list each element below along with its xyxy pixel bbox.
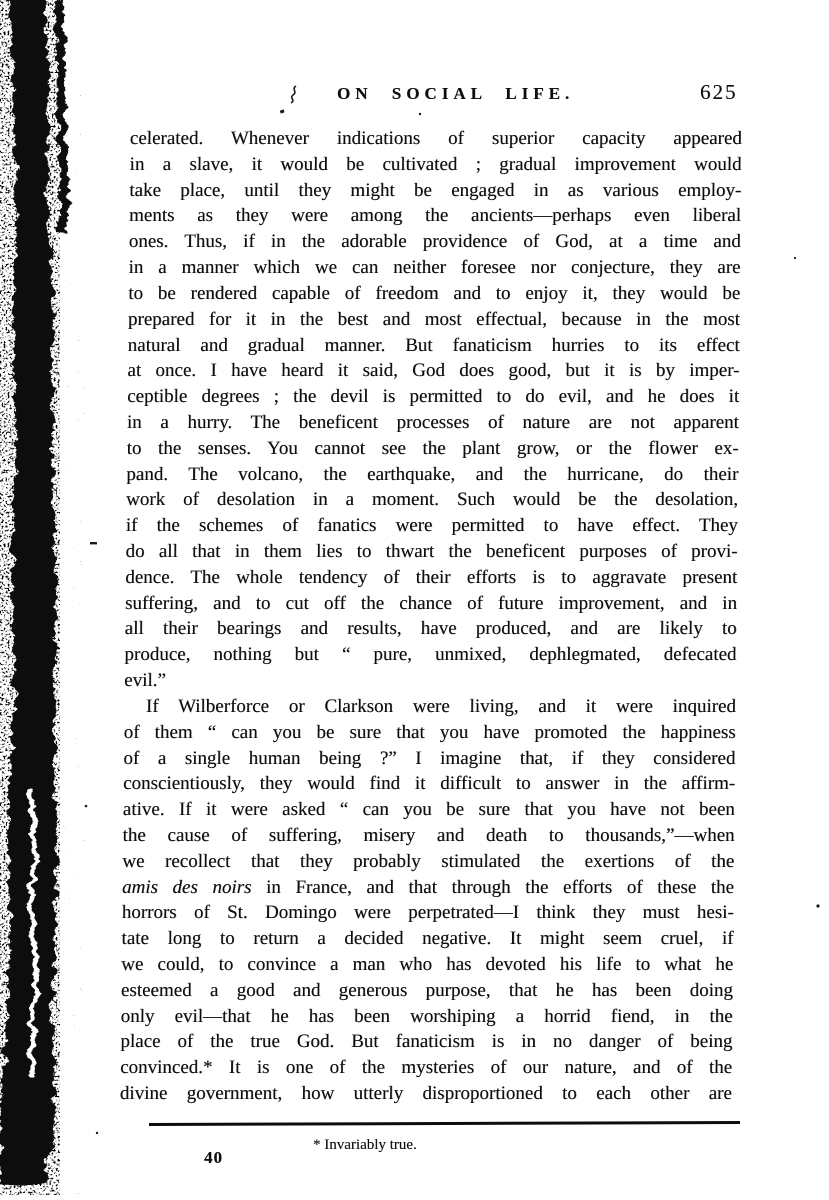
text-segment: If Wilberforce or Clarkson were living, …: [146, 696, 736, 717]
text-line: do all that in them lies to thwart the b…: [125, 539, 737, 565]
text-segment: if the schemes of fanatics were permitte…: [126, 515, 738, 536]
text-line: place of the true God. But fanaticism is…: [120, 1029, 732, 1055]
text-segment: place of the true God. But fanaticism is…: [120, 1031, 732, 1052]
text-line: all their bearings and results, have pro…: [125, 616, 737, 642]
text-line: in a slave, it would be cultivated ; gra…: [129, 152, 741, 178]
text-segment: in France, and that through the efforts …: [251, 877, 734, 898]
text-line: tate long to return a decided negative. …: [121, 926, 733, 952]
text-line: take place, until they might be engaged …: [129, 178, 741, 204]
signature-mark: 40: [204, 1148, 223, 1168]
gutter-speckle-sparse: [0, 0, 84, 1195]
gutter-top-streak: [59, 0, 65, 234]
text-line: to the senses. You cannot see the plant …: [126, 436, 738, 462]
footnote-text: * Invariably true.: [313, 1137, 417, 1154]
text-segment: in a hurry. The beneficent processes of …: [127, 412, 739, 433]
text-segment: ceptible degrees ; the devil is permitte…: [127, 386, 739, 407]
text-line: ones. Thus, if in the adorable providenc…: [129, 229, 741, 255]
text-line: evil.”: [124, 668, 736, 694]
text-segment: tate long to return a decided negative. …: [121, 928, 733, 949]
text-line: ceptible degrees ; the devil is permitte…: [127, 384, 739, 410]
text-line: suffering, and to cut off the chance of …: [125, 591, 737, 617]
text-segment: convinced.* It is one of the mysteries o…: [120, 1057, 732, 1078]
text-line: amis des noirs in France, and that throu…: [122, 875, 734, 901]
text-line: of a single human being ?” I imagine tha…: [123, 746, 735, 772]
text-line: celerated. Whenever indications of super…: [130, 126, 742, 152]
text-line: natural and gradual manner. But fanatici…: [128, 333, 740, 359]
text-line: conscientiously, they would find it diff…: [123, 771, 735, 797]
running-title: ON SOCIAL LIFE.: [337, 84, 574, 104]
body-text: celerated. Whenever indications of super…: [120, 126, 742, 1107]
text-line: only evil—that he has been worshiping a …: [121, 1004, 733, 1030]
text-line: we could, to convince a man who has devo…: [121, 952, 733, 978]
text-segment: horrors of St. Domingo were perpetrated—…: [122, 902, 734, 923]
text-line: If Wilberforce or Clarkson were living, …: [124, 694, 736, 720]
text-line: pand. The volcano, the earthquake, and t…: [126, 462, 738, 488]
text-segment: esteemed a good and generous purpose, th…: [121, 980, 733, 1001]
text-line: work of desolation in a moment. Such wou…: [126, 487, 738, 513]
footnote-rule: [149, 1121, 740, 1126]
scanned-book-page: ON SOCIAL LIFE. 625 celerated. Whenever …: [0, 0, 829, 1200]
text-line: dence. The whole tendency of their effor…: [125, 565, 737, 591]
text-segment: produce, nothing but “ pure, unmixed, de…: [124, 644, 736, 665]
text-segment: divine government, how utterly dispropor…: [120, 1083, 732, 1104]
text-segment: suffering, and to cut off the chance of …: [125, 593, 737, 614]
text-segment: dence. The whole tendency of their effor…: [125, 567, 737, 588]
text-line: to be rendered capable of freedom and to…: [128, 281, 740, 307]
text-segment: ments as they were among the ancients—pe…: [129, 205, 741, 226]
text-segment: celerated. Whenever indications of super…: [130, 128, 742, 149]
text-segment: do all that in them lies to thwart the b…: [125, 541, 737, 562]
gutter-speckle-dense: [0, 0, 60, 1195]
text-segment: we recollect that they probably stimulat…: [122, 851, 734, 872]
page-number: 625: [700, 80, 738, 105]
text-line: of them “ can you be sure that you have …: [124, 720, 736, 746]
text-segment: ones. Thus, if in the adorable providenc…: [129, 231, 741, 252]
text-line: esteemed a good and generous purpose, th…: [121, 978, 733, 1004]
text-segment: at once. I have heard it said, God does …: [127, 360, 739, 381]
text-line: ments as they were among the ancients—pe…: [129, 203, 741, 229]
text-segment: natural and gradual manner. But fanatici…: [128, 335, 740, 356]
text-line: convinced.* It is one of the mysteries o…: [120, 1055, 732, 1081]
text-segment: only evil—that he has been worshiping a …: [121, 1006, 733, 1027]
text-segment: to be rendered capable of freedom and to…: [128, 283, 740, 304]
text-segment: conscientiously, they would find it diff…: [123, 773, 735, 794]
text-line: horrors of St. Domingo were perpetrated—…: [122, 900, 734, 926]
text-segment: all their bearings and results, have pro…: [125, 618, 737, 639]
text-line: if the schemes of fanatics were permitte…: [126, 513, 738, 539]
text-segment: to the senses. You cannot see the plant …: [127, 438, 739, 459]
text-line: prepared for it in the best and most eff…: [128, 307, 740, 333]
gutter-band: [0, 0, 57, 1189]
text-segment: work of desolation in a moment. Such wou…: [126, 489, 738, 510]
text-segment: we could, to convince a man who has devo…: [121, 954, 733, 975]
gutter-white-gap: [30, 792, 35, 1075]
text-line: ative. If it were asked “ can you be sur…: [123, 797, 735, 823]
text-line: the cause of suffering, misery and death…: [122, 823, 734, 849]
text-line: we recollect that they probably stimulat…: [122, 849, 734, 875]
text-segment: the cause of suffering, misery and death…: [122, 825, 734, 846]
text-segment: of a single human being ?” I imagine tha…: [123, 748, 735, 769]
text-segment: of them “ can you be sure that you have …: [124, 722, 736, 743]
text-line: at once. I have heard it said, God does …: [127, 358, 739, 384]
text-line: in a hurry. The beneficent processes of …: [127, 410, 739, 436]
text-segment: prepared for it in the best and most eff…: [128, 309, 740, 330]
text-segment: in a slave, it would be cultivated ; gra…: [129, 154, 741, 175]
text-line: divine government, how utterly dispropor…: [120, 1081, 732, 1107]
text-segment: evil.”: [124, 670, 166, 691]
text-segment: take place, until they might be engaged …: [129, 180, 741, 201]
text-segment: pand. The volcano, the earthquake, and t…: [126, 464, 738, 485]
text-line: produce, nothing but “ pure, unmixed, de…: [124, 642, 736, 668]
italic-text-segment: amis des noirs: [122, 877, 252, 898]
text-segment: in a manner which we can neither foresee…: [128, 257, 740, 278]
text-segment: ative. If it were asked “ can you be sur…: [123, 799, 735, 820]
text-line: in a manner which we can neither foresee…: [128, 255, 740, 281]
